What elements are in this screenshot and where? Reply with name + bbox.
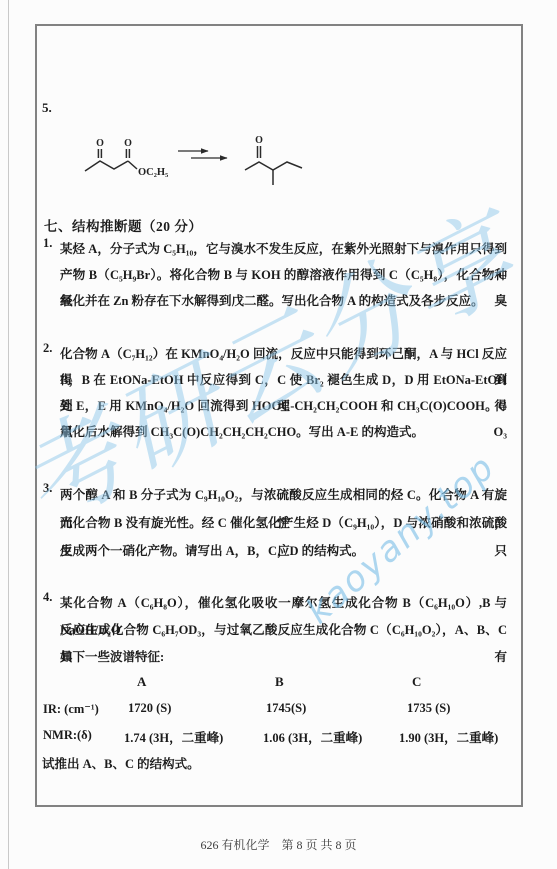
question-number: 4. [43,590,52,605]
question-line: 两个醇 A 和 B 分子式为 C₉H₁₀O₂，与浓硫酸反应生成相同的烃 C。化合… [60,481,507,509]
spectra-col-header-a: A [137,674,146,690]
question-line: 某化合物 A（C₆H₈O），催化氢化吸收一摩尔氢生成化合物 B（C₆H₁₀O）,… [60,590,507,617]
spectra-value-ir-c: 1735 (S) [407,701,450,716]
product-o-label: O [255,135,263,146]
spectra-row-label-nmr: NMR:(δ) [43,728,92,743]
reaction-scheme: O O OC₂H₅ O [75,118,315,196]
spectra-conclusion: 试推出 A、B、C 的结构式。 [42,754,200,772]
spectra-row-label-ir: IR: (cm⁻¹) [43,701,99,717]
spectra-col-header-b: B [275,674,284,690]
ester-o-label: O [124,138,132,149]
question-line: 到 E，E 用 KMnO₄/H₂O 回流得到 HOOC-CH₂CH₂COOH 和… [60,393,507,419]
exam-page: 5. O O OC₂H₅ O [0,0,557,869]
page-footer: 626 有机化学 第 8 页 共 8 页 [0,836,557,853]
ethoxy-group-label: OC₂H₅ [138,167,168,178]
question-number: 3. [43,481,52,496]
scan-edge-line [8,0,9,869]
question-line: 产物 B（C₅H₉Br）。将化合物 B 与 KOH 的醇溶液作用得到 C（C₅H… [60,262,507,288]
question-line: 氧化并在 Zn 粉存在下水解得到戊二醛。写出化合物 A 的构造式及各步反应。 [60,288,507,314]
spectra-value-nmr-a: 1.74 (3H，二重峰) [124,728,223,746]
question-number: 1. [43,236,52,251]
product-structure [245,146,302,185]
question-line: 而化合物 B 没有旋光性。经 C 催化氢化产生烃 D（C₉H₁₀），D 与浓硝酸… [60,509,507,537]
question-item-1: 1. 某烃 A，分子式为 C₅H₁₀，它与溴水不发生反应，在紫外光照射下与溴作用… [60,236,507,314]
spectra-value-ir-b: 1745(S) [266,701,306,716]
question-line: 反应生成化合物 C₆H₇OD₃，与过氧乙酸反应生成化合物 C（C₆H₁₀O₂），… [60,617,507,644]
reaction-arrows [178,151,227,158]
section-title: 七、结构推断题（20 分） [44,215,202,235]
ketoester-structure [85,149,137,171]
question-line: 化合物 A（C₇H₁₂）在 KMnO₄/H₂O 回流，反应中只能得到环己酮，A … [60,341,507,367]
spectra-value-ir-a: 1720 (S) [128,701,171,716]
carbonyl-o-label: O [96,138,104,149]
question-line: 某烃 A，分子式为 C₅H₁₀，它与溴水不发生反应，在紫外光照射下与溴作用只得到… [60,236,507,262]
question-number: 2. [43,341,52,356]
question-line: B，B 在 EtONa-EtOH 中反应得到 C，C 使 Br₂ 褪色生成 D，… [60,367,507,393]
spectra-value-nmr-b: 1.06 (3H，二重峰) [263,728,362,746]
question-item-2: 2. 化合物 A（C₇H₁₂）在 KMnO₄/H₂O 回流，反应中只能得到环己酮… [60,341,507,445]
spectra-value-nmr-c: 1.90 (3H，二重峰) [399,728,498,746]
question-item-4: 4. 某化合物 A（C₆H₈O），催化氢化吸收一摩尔氢生成化合物 B（C₆H₁₀… [60,590,507,671]
question-5-number: 5. [42,100,52,116]
question-item-3: 3. 两个醇 A 和 B 分子式为 C₉H₁₀O₂，与浓硫酸反应生成相同的烃 C… [60,481,507,565]
spectra-col-header-c: C [412,674,421,690]
